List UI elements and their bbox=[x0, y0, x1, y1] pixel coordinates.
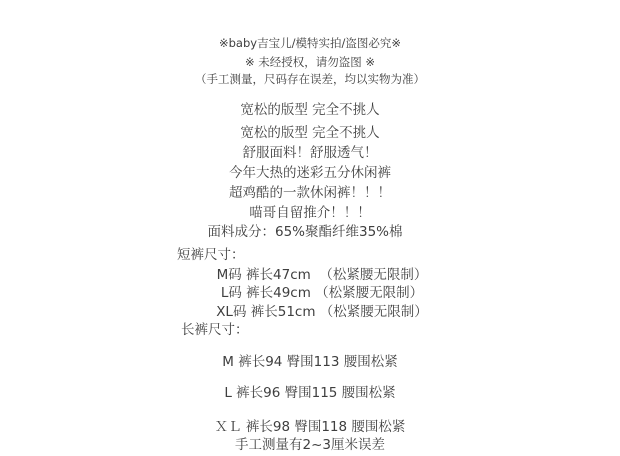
short-pants-size-row-l: L码 裤长49cm （松紧腰无限制） bbox=[12, 285, 620, 301]
product-description-page: ※baby吉宝儿/模特实拍/盗图必究※ ※ 未经授权，请勿盗图 ※ （手工测量，… bbox=[0, 0, 620, 456]
long-pants-size-heading: 长裤尺寸： bbox=[0, 322, 620, 338]
anti-theft-notice-line-2: ※ 未经授权，请勿盗图 ※ bbox=[0, 54, 620, 70]
promo-line-camo-style: 今年大热的迷彩五分休闲裤 bbox=[0, 165, 620, 181]
anti-theft-notice-line-1: ※baby吉宝儿/模特实拍/盗图必究※ bbox=[0, 35, 620, 51]
promo-line-fabric-comfort: 舒服面料！舒服透气！ bbox=[0, 145, 620, 161]
promo-line-recommendation: 喵哥自留推介！！！ bbox=[0, 205, 620, 221]
long-pants-size-row-l: L 裤长96 臀围115 腰围松紧 bbox=[0, 385, 620, 401]
promo-line-cool-pants: 超鸡酷的一款休闲裤！！！ bbox=[0, 185, 620, 201]
short-pants-size-row-m: M码 裤长47cm （松紧腰无限制） bbox=[12, 267, 620, 283]
short-pants-size-heading: 短裤尺寸： bbox=[0, 247, 620, 263]
measurement-error-footnote: 手工测量有2~3厘米误差 bbox=[0, 437, 620, 453]
short-pants-size-row-xl: XL码 裤长51cm （松紧腰无限制） bbox=[12, 304, 620, 320]
long-pants-size-row-xl: ＸＬ 裤长98 臀围118 腰围松紧 bbox=[0, 419, 620, 435]
promo-line-fit-1: 宽松的版型 完全不挑人 bbox=[0, 102, 620, 118]
long-pants-size-row-m: M 裤长94 臀围113 腰围松紧 bbox=[0, 354, 620, 370]
promo-line-fit-2: 宽松的版型 完全不挑人 bbox=[0, 125, 620, 141]
fabric-composition: 面料成分：65%聚酯纤维35%棉 bbox=[0, 224, 615, 240]
measurement-disclaimer: （手工测量，尺码存在误差，均以实物为准） bbox=[0, 71, 620, 87]
